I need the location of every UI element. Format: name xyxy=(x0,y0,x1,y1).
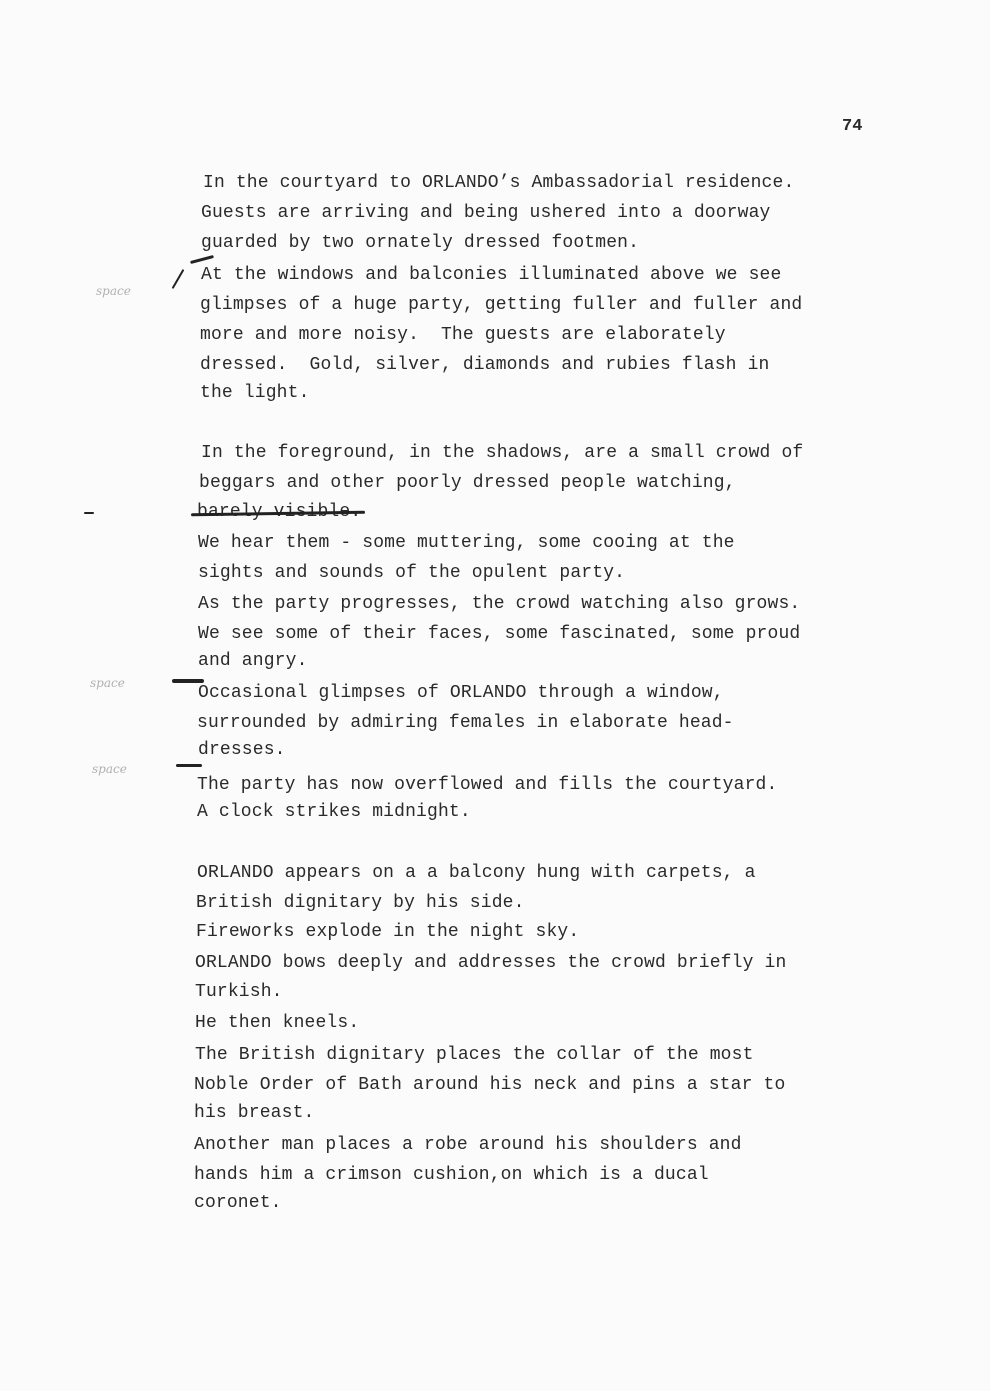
script-line: We hear them - some muttering, some cooi… xyxy=(198,533,735,553)
script-line: coronet. xyxy=(194,1193,282,1213)
script-line: In the courtyard to ORLANDO’s Ambassador… xyxy=(203,173,794,193)
script-line: Guests are arriving and being ushered in… xyxy=(201,203,771,223)
script-line: ORLANDO bows deeply and addresses the cr… xyxy=(195,953,786,973)
editing-mark xyxy=(190,255,214,264)
editing-mark xyxy=(172,269,185,289)
script-line: Another man places a robe around his sho… xyxy=(194,1135,742,1155)
script-line: We see some of their faces, some fascina… xyxy=(198,624,800,644)
script-line: sights and sounds of the opulent party. xyxy=(198,563,625,583)
script-line: glimpses of a huge party, getting fuller… xyxy=(200,295,802,315)
script-line: As the party progresses, the crowd watch… xyxy=(198,594,800,614)
script-line: Occasional glimpses of ORLANDO through a… xyxy=(198,683,724,703)
script-line: In the foreground, in the shadows, are a… xyxy=(201,443,803,463)
script-line: A clock strikes midnight. xyxy=(197,802,471,822)
script-line: and angry. xyxy=(198,651,308,671)
script-line: He then kneels. xyxy=(195,1013,359,1033)
script-line: The British dignitary places the collar … xyxy=(195,1045,754,1065)
script-line: more and more noisy. The guests are elab… xyxy=(200,325,726,345)
script-line: Turkish. xyxy=(195,982,283,1002)
script-line: his breast. xyxy=(194,1103,314,1123)
script-line: At the windows and balconies illuminated… xyxy=(201,265,781,285)
editing-mark xyxy=(84,512,94,514)
script-line: guarded by two ornately dressed footmen. xyxy=(201,233,639,253)
editing-mark xyxy=(172,679,204,683)
script-line: dresses. xyxy=(198,740,286,760)
margin-note-space: space xyxy=(92,762,127,776)
script-line: the light. xyxy=(200,383,310,403)
script-line: beggars and other poorly dressed people … xyxy=(199,473,736,493)
page-number: 74 xyxy=(842,117,862,136)
script-line: barely visible. xyxy=(197,502,361,522)
script-line: British dignitary by his side. xyxy=(196,893,525,913)
script-line: Fireworks explode in the night sky. xyxy=(196,922,579,942)
editing-mark xyxy=(176,764,202,767)
script-line: The party has now overflowed and fills t… xyxy=(197,775,777,795)
script-line: ORLANDO appears on a a balcony hung with… xyxy=(197,863,756,883)
script-line: surrounded by admiring females in elabor… xyxy=(197,713,734,733)
script-line: hands him a crimson cushion,on which is … xyxy=(194,1165,709,1185)
script-line: Noble Order of Bath around his neck and … xyxy=(194,1075,785,1095)
margin-note-space: space xyxy=(90,676,125,690)
script-line: dressed. Gold, silver, diamonds and rubi… xyxy=(200,355,770,375)
struck-through-text: barely visible. xyxy=(197,502,361,522)
margin-note-space: space xyxy=(96,284,131,298)
